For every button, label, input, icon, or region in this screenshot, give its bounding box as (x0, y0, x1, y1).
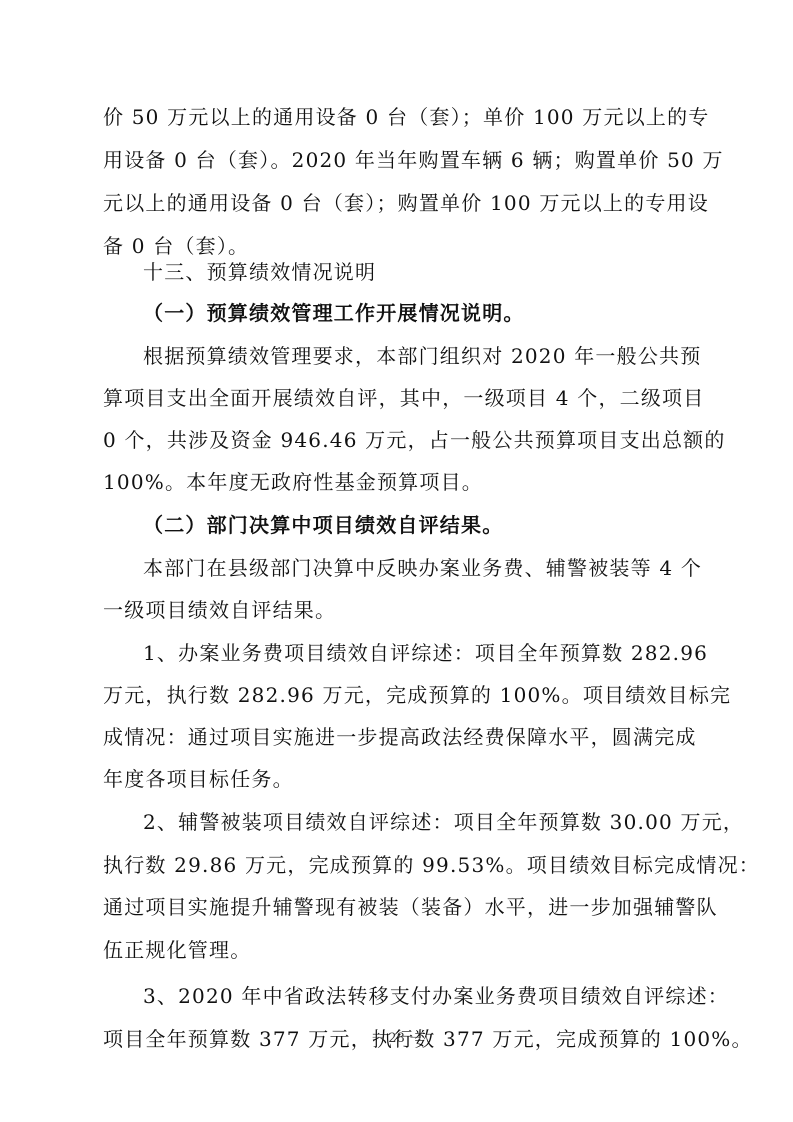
paragraph-line: 算项目支出全面开展绩效自评，其中，一级项目 4 个，二级项目 (103, 384, 704, 412)
subsection-heading: （二）部门决算中项目绩效自评结果。 (143, 511, 503, 539)
paragraph-line: 一级项目绩效自评结果。 (103, 596, 336, 624)
paragraph-line: 伍正规化管理。 (103, 936, 251, 964)
text-line: 元以上的通用设备 0 台（套）；购置单价 100 万元以上的专用设 (103, 189, 709, 217)
section-heading: 十三、预算绩效情况说明 (143, 258, 376, 286)
paragraph-line: 通过项目实施提升辅警现有被装（装备）水平，进一步加强辅警队 (103, 893, 718, 921)
paragraph-line: 万元，执行数 282.96 万元，完成预算的 100%。项目绩效目标完 (103, 681, 731, 709)
paragraph-line: 0 个，共涉及资金 946.46 万元，占一般公共预算项目支出总额的 (103, 426, 726, 454)
paragraph-line: 本部门在县级部门决算中反映办案业务费、辅警被装等 4 个 (143, 554, 702, 582)
paragraph-line: 根据预算绩效管理要求，本部门组织对 2020 年一般公共预 (143, 342, 701, 370)
paragraph-line: 3、2020 年中省政法转移支付办案业务费项目绩效自评综述： (143, 982, 729, 1010)
paragraph-line: 2、辅警被装项目绩效自评综述：项目全年预算数 30.00 万元， (143, 808, 744, 836)
paragraph-line: 成情况：通过项目实施进一步提高政法经费保障水平，圆满完成 (103, 723, 697, 751)
paragraph-line: 1、办案业务费项目绩效自评综述：项目全年预算数 282.96 (143, 639, 708, 667)
text-line: 备 0 台（套）。 (103, 232, 249, 260)
paragraph-line: 年度各项目标任务。 (103, 765, 294, 793)
page-number: － 28 － (0, 1027, 793, 1046)
text-line: 用设备 0 台（套）。2020 年当年购置车辆 6 辆；购置单价 50 万 (103, 146, 724, 174)
subsection-heading: （一）预算绩效管理工作开展情况说明。 (143, 299, 525, 327)
text-line: 价 50 万元以上的通用设备 0 台（套）；单价 100 万元以上的专 (103, 103, 710, 131)
paragraph-line: 执行数 29.86 万元，完成预算的 99.53%。项目绩效目标完成情况： (103, 851, 760, 879)
paragraph-line: 100%。本年度无政府性基金预算项目。 (103, 468, 483, 496)
